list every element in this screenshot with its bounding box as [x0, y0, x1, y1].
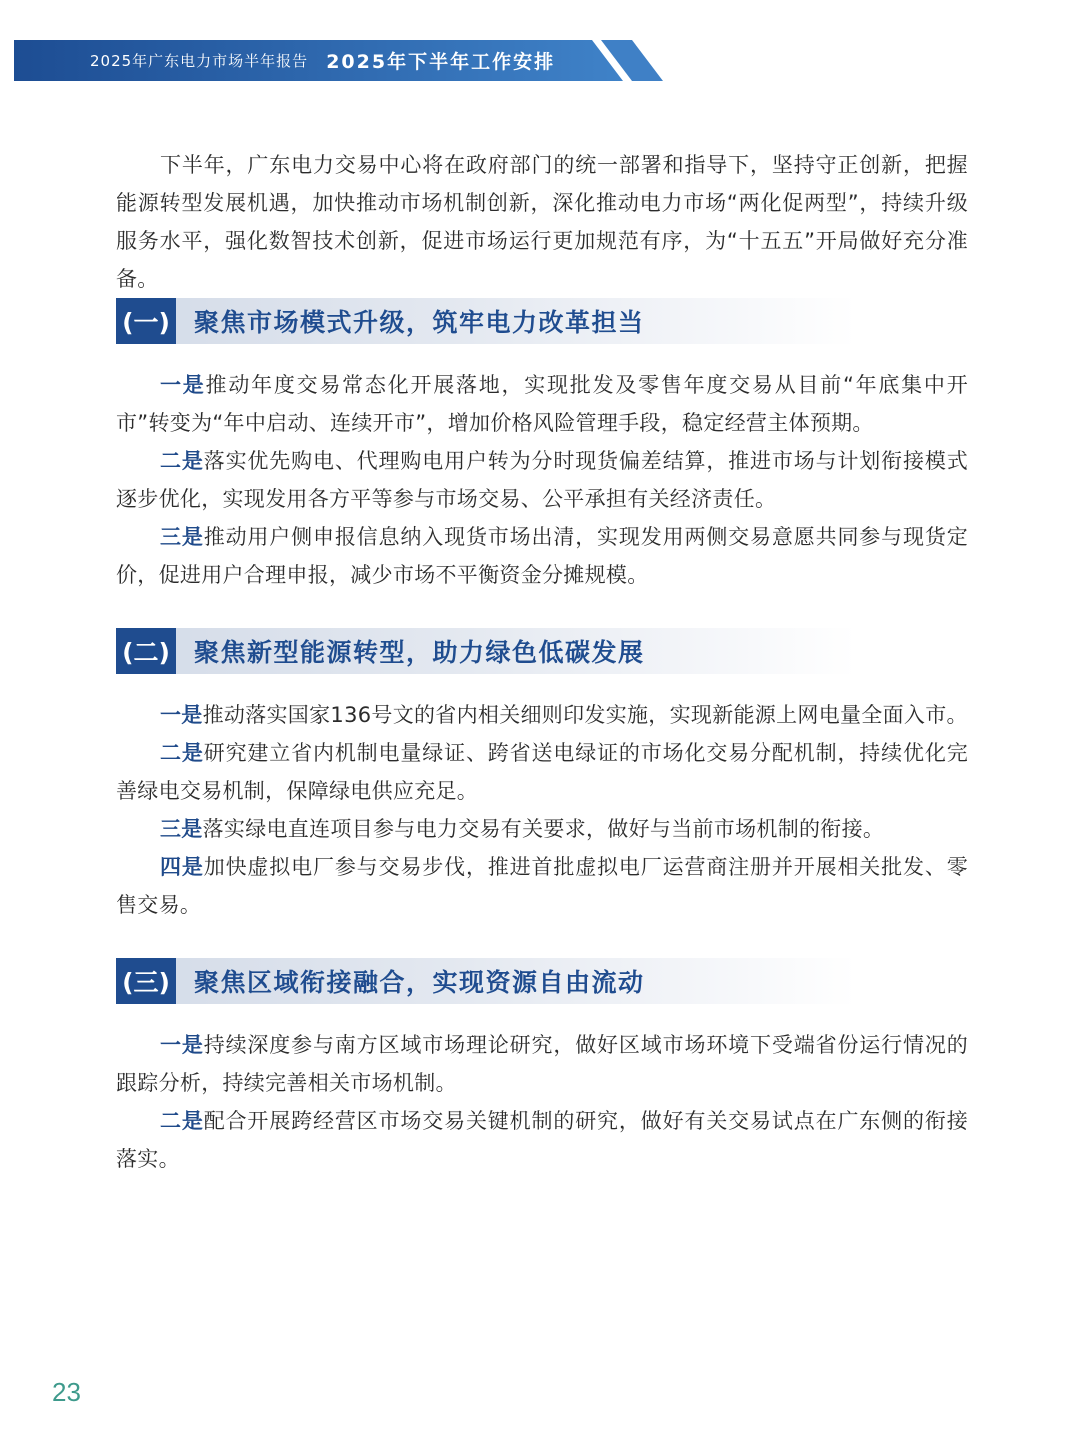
header-banner: 2025年广东电力市场半年报告 2025年下半年工作安排 — [14, 40, 664, 81]
item-text: 推动用户侧申报信息纳入现货市场出清，实现发用两侧交易意愿共同参与现货定价，促进用… — [116, 525, 968, 587]
item-lead: 一是 — [160, 1033, 204, 1057]
section-title: 聚焦区域衔接融合，实现资源自由流动 — [176, 958, 645, 1004]
item-text: 推动落实国家136号文的省内相关细则印发实施，实现新能源上网电量全面入市。 — [203, 703, 968, 727]
item-text: 落实优先购电、代理购电用户转为分时现货偏差结算，推进市场与计划衔接模式逐步优化，… — [116, 449, 968, 511]
section-3: (三) 聚焦区域衔接融合，实现资源自由流动 一是持续深度参与南方区域市场理论研究… — [116, 958, 968, 1178]
list-item: 二是研究建立省内机制电量绿证、跨省送电绿证的市场化交易分配机制，持续优化完善绿电… — [116, 734, 968, 810]
item-lead: 一是 — [160, 703, 203, 727]
list-item: 一是持续深度参与南方区域市场理论研究，做好区域市场环境下受端省份运行情况的跟踪分… — [116, 1026, 968, 1102]
section-title: 聚焦新型能源转型，助力绿色低碳发展 — [176, 628, 645, 674]
section-2: (二) 聚焦新型能源转型，助力绿色低碳发展 一是推动落实国家136号文的省内相关… — [116, 628, 968, 924]
item-lead: 二是 — [160, 741, 204, 765]
section-heading: (一) 聚焦市场模式升级，筑牢电力改革担当 — [116, 298, 856, 344]
chapter-title: 2025年下半年工作安排 — [326, 47, 555, 74]
section-1: (一) 聚焦市场模式升级，筑牢电力改革担当 一是推动年度交易常态化开展落地，实现… — [116, 298, 968, 594]
list-item: 三是落实绿电直连项目参与电力交易有关要求，做好与当前市场机制的衔接。 — [116, 810, 968, 848]
item-lead: 一是 — [160, 373, 206, 397]
list-item: 一是推动落实国家136号文的省内相关细则印发实施，实现新能源上网电量全面入市。 — [116, 696, 968, 734]
item-lead: 二是 — [160, 449, 204, 473]
section-number: (一) — [116, 298, 176, 344]
item-text: 配合开展跨经营区市场交易关键机制的研究，做好有关交易试点在广东侧的衔接落实。 — [116, 1109, 968, 1171]
list-item: 三是推动用户侧申报信息纳入现货市场出清，实现发用两侧交易意愿共同参与现货定价，促… — [116, 518, 968, 594]
item-text: 持续深度参与南方区域市场理论研究，做好区域市场环境下受端省份运行情况的跟踪分析，… — [116, 1033, 968, 1095]
section-number: (二) — [116, 628, 176, 674]
page-number: 23 — [52, 1377, 81, 1408]
item-text: 落实绿电直连项目参与电力交易有关要求，做好与当前市场机制的衔接。 — [203, 817, 885, 841]
item-lead: 三是 — [160, 817, 203, 841]
item-lead: 三是 — [160, 525, 204, 549]
section-heading: (三) 聚焦区域衔接融合，实现资源自由流动 — [116, 958, 856, 1004]
list-item: 二是配合开展跨经营区市场交易关键机制的研究，做好有关交易试点在广东侧的衔接落实。 — [116, 1102, 968, 1178]
list-item: 二是落实优先购电、代理购电用户转为分时现货偏差结算，推进市场与计划衔接模式逐步优… — [116, 442, 968, 518]
item-text: 研究建立省内机制电量绿证、跨省送电绿证的市场化交易分配机制，持续优化完善绿电交易… — [116, 741, 968, 803]
item-text: 推动年度交易常态化开展落地，实现批发及零售年度交易从目前“年底集中开市”转变为“… — [116, 373, 968, 435]
intro-paragraph: 下半年，广东电力交易中心将在政府部门的统一部署和指导下，坚持守正创新，把握能源转… — [116, 146, 968, 298]
page-content: 下半年，广东电力交易中心将在政府部门的统一部署和指导下，坚持守正创新，把握能源转… — [116, 146, 968, 1212]
report-title: 2025年广东电力市场半年报告 — [90, 50, 308, 71]
item-lead: 四是 — [160, 855, 204, 879]
section-title: 聚焦市场模式升级，筑牢电力改革担当 — [176, 298, 645, 344]
section-number: (三) — [116, 958, 176, 1004]
list-item: 四是加快虚拟电厂参与交易步伐，推进首批虚拟电厂运营商注册并开展相关批发、零售交易… — [116, 848, 968, 924]
item-lead: 二是 — [160, 1109, 204, 1133]
list-item: 一是推动年度交易常态化开展落地，实现批发及零售年度交易从目前“年底集中开市”转变… — [116, 366, 968, 442]
item-text: 加快虚拟电厂参与交易步伐，推进首批虚拟电厂运营商注册并开展相关批发、零售交易。 — [116, 855, 968, 917]
section-heading: (二) 聚焦新型能源转型，助力绿色低碳发展 — [116, 628, 856, 674]
